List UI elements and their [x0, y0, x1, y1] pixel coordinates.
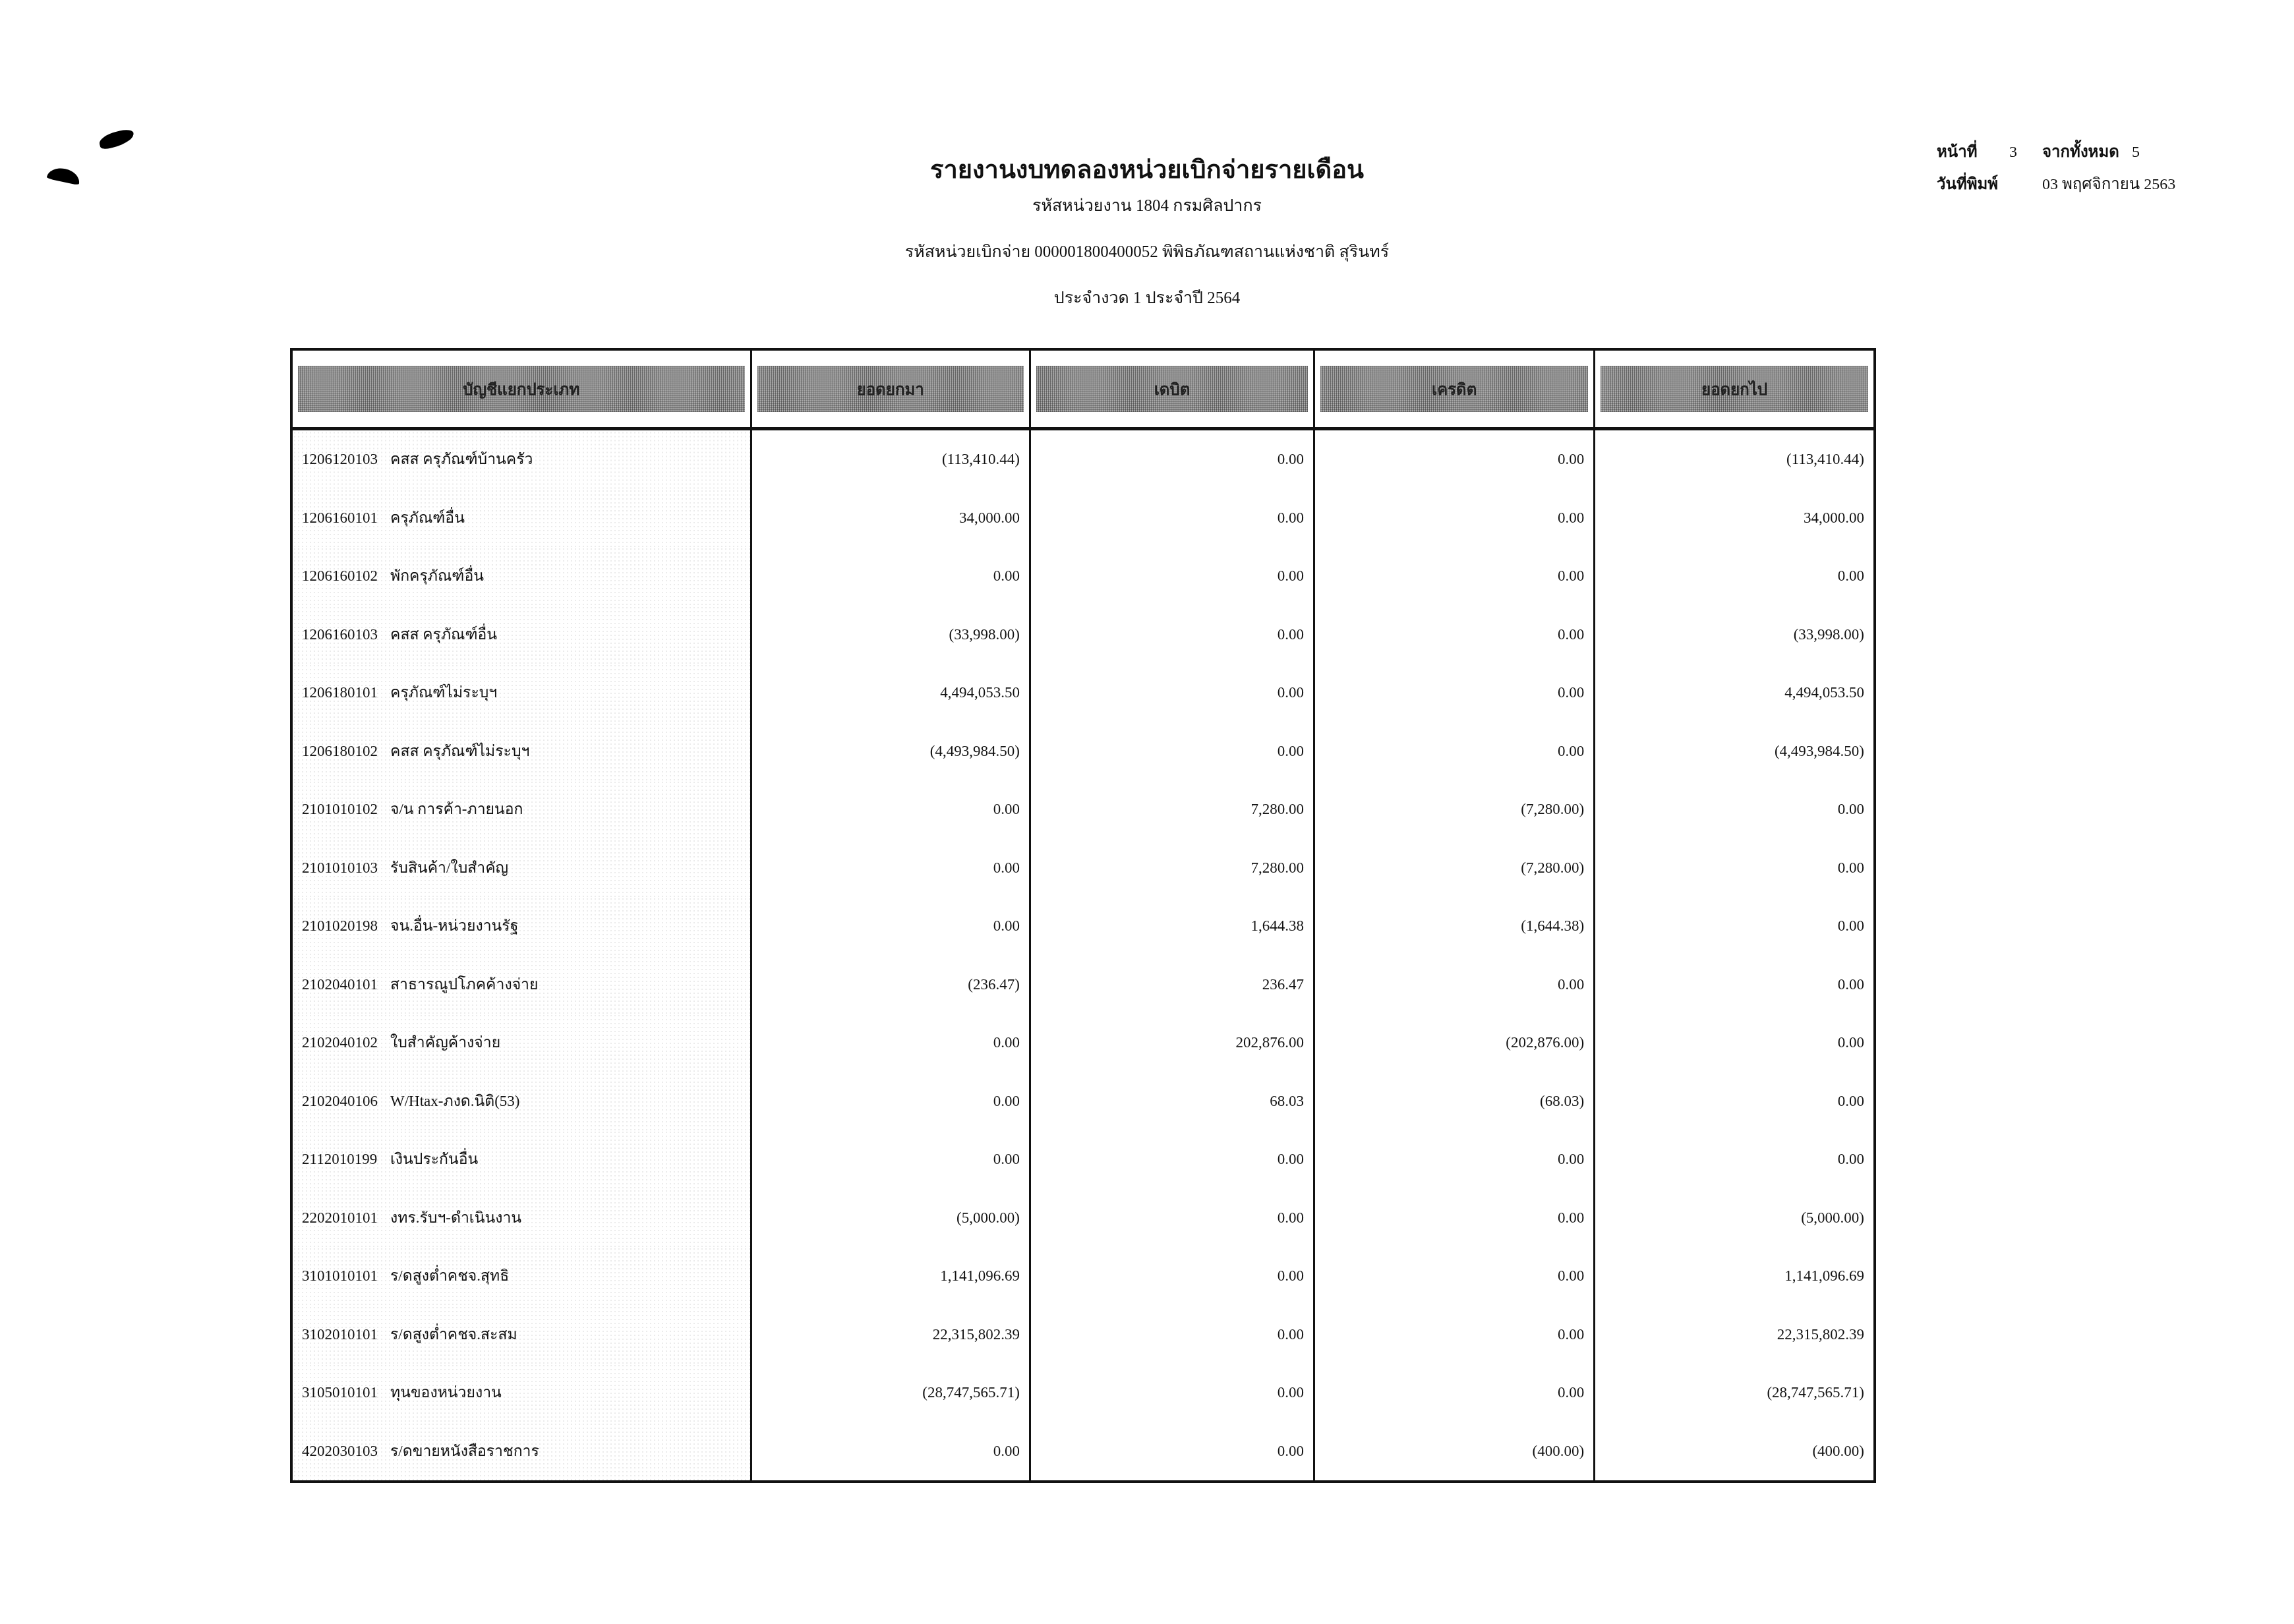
- table-row: 3101010101ร/ดสูงต่ำคชจ.สุทธิ1,141,096.69…: [291, 1247, 1875, 1306]
- brought-forward-cell: 4,494,053.50: [751, 664, 1030, 722]
- brought-forward-cell: 0.00: [751, 780, 1030, 839]
- table-row: 2101020198จน.อื่น-หน่วยงานรัฐ0.001,644.3…: [291, 897, 1875, 956]
- account-name: รับสินค้า/ใบสำคัญ: [390, 859, 508, 876]
- carried-forward-cell: 0.00: [1595, 956, 1875, 1014]
- table-row: 1206120103คสส ครุภัณฑ์บ้านครัว(113,410.4…: [291, 429, 1875, 489]
- credit-cell: (400.00): [1314, 1422, 1595, 1482]
- account-code: 1206180101: [302, 684, 390, 701]
- table-row: 1206160102พักครุภัณฑ์อื่น0.000.000.000.0…: [291, 547, 1875, 606]
- account-cell: 2112010199เงินประกันอื่น: [291, 1130, 751, 1189]
- debit-cell: 202,876.00: [1030, 1014, 1314, 1072]
- brought-forward-cell: 0.00: [751, 1130, 1030, 1189]
- table-row: 2102040101สาธารณูปโภคค้างจ่าย(236.47)236…: [291, 956, 1875, 1014]
- debit-cell: 1,644.38: [1030, 897, 1314, 956]
- table-row: 2202010101งทร.รับฯ-ดำเนินงาน(5,000.00)0.…: [291, 1189, 1875, 1248]
- table-header-row: บัญชีแยกประเภท ยอดยกมา เดบิต เครดิต ยอดย…: [291, 349, 1875, 429]
- brought-forward-cell: (113,410.44): [751, 429, 1030, 489]
- column-header-brought-forward: ยอดยกมา: [751, 349, 1030, 429]
- table-row: 2101010102จ/น การค้า-ภายนอก0.007,280.00(…: [291, 780, 1875, 839]
- credit-cell: 0.00: [1314, 429, 1595, 489]
- account-code: 1206180102: [302, 743, 390, 760]
- page-label: หน้าที่: [1937, 138, 2009, 164]
- print-date-label: วันที่พิมพ์: [1937, 171, 2042, 196]
- table-row: 2102040102ใบสำคัญค้างจ่าย0.00202,876.00(…: [291, 1014, 1875, 1072]
- trial-balance-table: บัญชีแยกประเภท ยอดยกมา เดบิต เครดิต ยอดย…: [290, 348, 1876, 1483]
- carried-forward-cell: (33,998.00): [1595, 606, 1875, 664]
- account-cell: 1206160101ครุภัณฑ์อื่น: [291, 489, 751, 548]
- carried-forward-cell: (400.00): [1595, 1422, 1875, 1482]
- table-row: 3102010101ร/ดสูงต่ำคชจ.สะสม22,315,802.39…: [291, 1306, 1875, 1364]
- debit-cell: 7,280.00: [1030, 780, 1314, 839]
- account-cell: 1206180102คสส ครุภัณฑ์ไม่ระบุฯ: [291, 722, 751, 781]
- account-code: 4202030103: [302, 1443, 390, 1460]
- print-date-line: วันที่พิมพ์03 พฤศจิกายน 2563: [1937, 171, 2175, 196]
- brought-forward-cell: (33,998.00): [751, 606, 1030, 664]
- carried-forward-cell: 0.00: [1595, 897, 1875, 956]
- account-name: คสส ครุภัณฑ์อื่น: [390, 626, 497, 643]
- column-header-debit: เดบิต: [1030, 349, 1314, 429]
- account-cell: 4202030103ร/ดขายหนังสือราชการ: [291, 1422, 751, 1482]
- carried-forward-cell: 22,315,802.39: [1595, 1306, 1875, 1364]
- debit-cell: 236.47: [1030, 956, 1314, 1014]
- debit-cell: 0.00: [1030, 1130, 1314, 1189]
- agency-line: รหัสหน่วยงาน 1804 กรมศิลปากร: [0, 192, 2294, 219]
- account-code: 2102040101: [302, 976, 390, 993]
- debit-cell: 7,280.00: [1030, 839, 1314, 898]
- page-number: 3: [2009, 144, 2042, 161]
- account-code: 3102010101: [302, 1326, 390, 1343]
- credit-cell: 0.00: [1314, 606, 1595, 664]
- account-code: 1206160103: [302, 626, 390, 643]
- debit-cell: 0.00: [1030, 1422, 1314, 1482]
- account-name: คสส ครุภัณฑ์บ้านครัว: [390, 451, 533, 467]
- debit-cell: 0.00: [1030, 664, 1314, 722]
- brought-forward-cell: 34,000.00: [751, 489, 1030, 548]
- table-row: 2112010199เงินประกันอื่น0.000.000.000.00: [291, 1130, 1875, 1189]
- credit-cell: 0.00: [1314, 1306, 1595, 1364]
- debit-cell: 0.00: [1030, 489, 1314, 548]
- account-cell: 2101020198จน.อื่น-หน่วยงานรัฐ: [291, 897, 751, 956]
- account-code: 1206120103: [302, 451, 390, 468]
- account-cell: 1206160102พักครุภัณฑ์อื่น: [291, 547, 751, 606]
- carried-forward-cell: 4,494,053.50: [1595, 664, 1875, 722]
- debit-cell: 0.00: [1030, 722, 1314, 781]
- brought-forward-cell: 0.00: [751, 897, 1030, 956]
- carried-forward-cell: 34,000.00: [1595, 489, 1875, 548]
- account-name: ครุภัณฑ์อื่น: [390, 509, 465, 526]
- credit-cell: (7,280.00): [1314, 839, 1595, 898]
- disbursement-unit-line: รหัสหน่วยเบิกจ่าย 000001800400052 พิพิธภ…: [0, 239, 2294, 265]
- credit-cell: 0.00: [1314, 1130, 1595, 1189]
- account-cell: 2101010102จ/น การค้า-ภายนอก: [291, 780, 751, 839]
- carried-forward-cell: 0.00: [1595, 839, 1875, 898]
- brought-forward-cell: (236.47): [751, 956, 1030, 1014]
- account-name: ทุนของหน่วยงาน: [390, 1384, 502, 1401]
- account-name: พักครุภัณฑ์อื่น: [390, 567, 484, 584]
- account-code: 3101010101: [302, 1267, 390, 1285]
- debit-cell: 0.00: [1030, 1247, 1314, 1306]
- carried-forward-cell: (28,747,565.71): [1595, 1364, 1875, 1422]
- carried-forward-cell: 0.00: [1595, 1130, 1875, 1189]
- debit-cell: 0.00: [1030, 1306, 1314, 1364]
- credit-cell: 0.00: [1314, 664, 1595, 722]
- credit-cell: (202,876.00): [1314, 1014, 1595, 1072]
- account-code: 2202010101: [302, 1209, 390, 1227]
- brought-forward-cell: 22,315,802.39: [751, 1306, 1030, 1364]
- credit-cell: 0.00: [1314, 1364, 1595, 1422]
- account-code: 2101010103: [302, 859, 390, 877]
- total-pages: 5: [2132, 144, 2165, 161]
- account-name: ใบสำคัญค้างจ่าย: [390, 1034, 500, 1051]
- credit-cell: 0.00: [1314, 489, 1595, 548]
- account-cell: 2102040101สาธารณูปโภคค้างจ่าย: [291, 956, 751, 1014]
- table-row: 1206160101ครุภัณฑ์อื่น34,000.000.000.003…: [291, 489, 1875, 548]
- debit-cell: 0.00: [1030, 606, 1314, 664]
- credit-cell: (7,280.00): [1314, 780, 1595, 839]
- account-code: 2101020198: [302, 917, 390, 935]
- credit-cell: (1,644.38): [1314, 897, 1595, 956]
- credit-cell: 0.00: [1314, 1247, 1595, 1306]
- brought-forward-cell: 0.00: [751, 547, 1030, 606]
- credit-cell: 0.00: [1314, 547, 1595, 606]
- account-code: 2101010102: [302, 801, 390, 818]
- carried-forward-cell: 0.00: [1595, 1014, 1875, 1072]
- account-name: ครุภัณฑ์ไม่ระบุฯ: [390, 684, 497, 701]
- debit-cell: 0.00: [1030, 1189, 1314, 1248]
- brought-forward-cell: 0.00: [751, 839, 1030, 898]
- account-cell: 1206120103คสส ครุภัณฑ์บ้านครัว: [291, 429, 751, 489]
- table-row: 1206180101ครุภัณฑ์ไม่ระบุฯ4,494,053.500.…: [291, 664, 1875, 722]
- carried-forward-cell: (5,000.00): [1595, 1189, 1875, 1248]
- table-row: 2101010103รับสินค้า/ใบสำคัญ0.007,280.00(…: [291, 839, 1875, 898]
- account-name: ร/ดสูงต่ำคชจ.สุทธิ: [390, 1267, 509, 1284]
- brought-forward-cell: 0.00: [751, 1072, 1030, 1131]
- carried-forward-cell: 1,141,096.69: [1595, 1247, 1875, 1306]
- table-row: 1206180102คสส ครุภัณฑ์ไม่ระบุฯ(4,493,984…: [291, 722, 1875, 781]
- account-name: คสส ครุภัณฑ์ไม่ระบุฯ: [390, 743, 530, 759]
- brought-forward-cell: (5,000.00): [751, 1189, 1030, 1248]
- account-name: ร/ดขายหนังสือราชการ: [390, 1443, 539, 1459]
- table-row: 3105010101ทุนของหน่วยงาน(28,747,565.71)0…: [291, 1364, 1875, 1422]
- brought-forward-cell: (4,493,984.50): [751, 722, 1030, 781]
- period-line: ประจำงวด 1 ประจำปี 2564: [0, 285, 2294, 311]
- account-cell: 3105010101ทุนของหน่วยงาน: [291, 1364, 751, 1422]
- of-label: จากทั้งหมด: [2042, 138, 2132, 164]
- carried-forward-cell: (4,493,984.50): [1595, 722, 1875, 781]
- brought-forward-cell: 0.00: [751, 1422, 1030, 1482]
- debit-cell: 0.00: [1030, 547, 1314, 606]
- account-cell: 2102040106W/Htax-ภงด.นิติ(53): [291, 1072, 751, 1131]
- account-code: 3105010101: [302, 1384, 390, 1401]
- debit-cell: 68.03: [1030, 1072, 1314, 1131]
- table-row: 2102040106W/Htax-ภงด.นิติ(53)0.0068.03(6…: [291, 1072, 1875, 1131]
- account-name: งทร.รับฯ-ดำเนินงาน: [390, 1209, 521, 1226]
- debit-cell: 0.00: [1030, 429, 1314, 489]
- account-cell: 2101010103รับสินค้า/ใบสำคัญ: [291, 839, 751, 898]
- account-cell: 1206180101ครุภัณฑ์ไม่ระบุฯ: [291, 664, 751, 722]
- carried-forward-cell: 0.00: [1595, 547, 1875, 606]
- account-cell: 1206160103คสส ครุภัณฑ์อื่น: [291, 606, 751, 664]
- debit-cell: 0.00: [1030, 1364, 1314, 1422]
- account-code: 2102040106: [302, 1093, 390, 1110]
- column-header-credit: เครดิต: [1314, 349, 1595, 429]
- account-code: 1206160102: [302, 567, 390, 585]
- credit-cell: 0.00: [1314, 1189, 1595, 1248]
- account-code: 2102040102: [302, 1034, 390, 1051]
- brought-forward-cell: 0.00: [751, 1014, 1030, 1072]
- account-cell: 2202010101งทร.รับฯ-ดำเนินงาน: [291, 1189, 751, 1248]
- table-row: 4202030103ร/ดขายหนังสือราชการ0.000.00(40…: [291, 1422, 1875, 1482]
- account-cell: 2102040102ใบสำคัญค้างจ่าย: [291, 1014, 751, 1072]
- brought-forward-cell: (28,747,565.71): [751, 1364, 1030, 1422]
- column-header-carried-forward: ยอดยกไป: [1595, 349, 1875, 429]
- carried-forward-cell: 0.00: [1595, 1072, 1875, 1131]
- carried-forward-cell: 0.00: [1595, 780, 1875, 839]
- credit-cell: (68.03): [1314, 1072, 1595, 1131]
- account-code: 2112010199: [302, 1151, 390, 1168]
- account-cell: 3102010101ร/ดสูงต่ำคชจ.สะสม: [291, 1306, 751, 1364]
- account-name: จ/น การค้า-ภายนอก: [390, 801, 523, 817]
- print-date: 03 พฤศจิกายน 2563: [2042, 171, 2175, 196]
- account-name: ร/ดสูงต่ำคชจ.สะสม: [390, 1326, 517, 1343]
- page-indicator: หน้าที่3จากทั้งหมด5: [1937, 138, 2165, 164]
- account-code: 1206160101: [302, 509, 390, 527]
- column-header-account: บัญชีแยกประเภท: [291, 349, 751, 429]
- carried-forward-cell: (113,410.44): [1595, 429, 1875, 489]
- brought-forward-cell: 1,141,096.69: [751, 1247, 1030, 1306]
- table-row: 1206160103คสส ครุภัณฑ์อื่น(33,998.00)0.0…: [291, 606, 1875, 664]
- account-name: สาธารณูปโภคค้างจ่าย: [390, 976, 539, 993]
- account-name: W/Htax-ภงด.นิติ(53): [390, 1093, 520, 1109]
- credit-cell: 0.00: [1314, 722, 1595, 781]
- account-name: จน.อื่น-หน่วยงานรัฐ: [390, 917, 518, 934]
- account-name: เงินประกันอื่น: [390, 1151, 478, 1167]
- scan-artifact-mark: [98, 128, 136, 150]
- credit-cell: 0.00: [1314, 956, 1595, 1014]
- account-cell: 3101010101ร/ดสูงต่ำคชจ.สุทธิ: [291, 1247, 751, 1306]
